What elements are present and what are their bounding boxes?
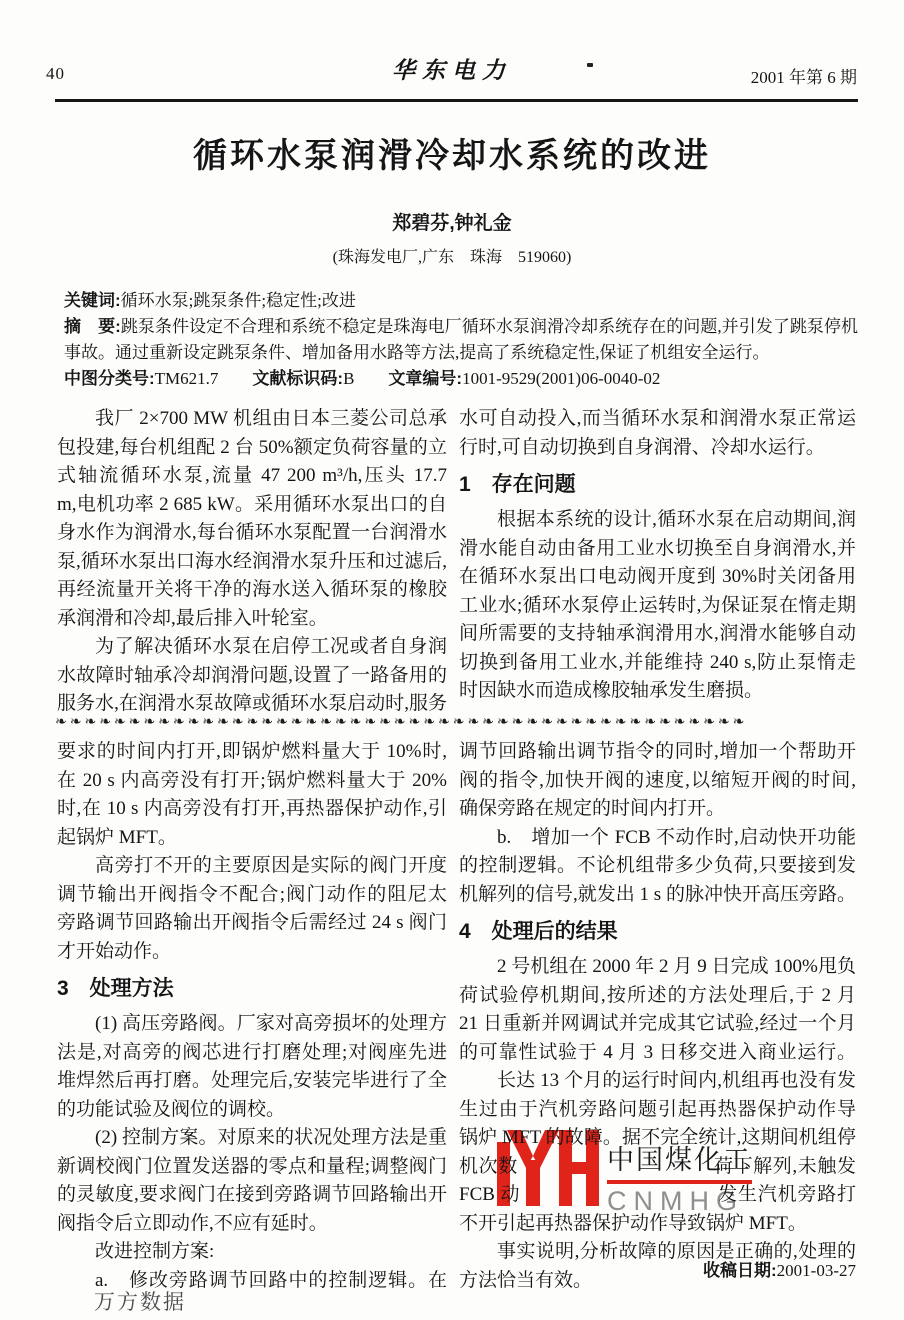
text-line: 调节输出开阀指令不配合;阀门动作的阻尼太大, bbox=[57, 881, 447, 910]
text-line: 间所需要的支持轴承润滑用水,润滑水能够自动 bbox=[459, 620, 856, 649]
article-meta: 关键词:循环水泵;跳泵条件;稳定性;改进 摘 要:跳泵条件设定不合理和系统不稳定… bbox=[64, 288, 858, 392]
text-line: 再经流量开关将干净的海水送入循环泵的橡胶轴 bbox=[57, 576, 447, 605]
text-line: 包投建,每台机组配 2 台 50%额定负荷容量的立 bbox=[57, 434, 447, 463]
text-line: 生过由于汽机旁路问题引起再热器保护动作导致 bbox=[459, 1096, 856, 1125]
text-line: 的功能试验及阀位的调校。 bbox=[57, 1096, 447, 1125]
wanfang-watermark: 万方数据 bbox=[94, 1286, 186, 1316]
text-line: b. 增加一个 FCB 不动作时,启动快开功能 bbox=[459, 824, 856, 853]
text-line: m,电机功率 2 685 kW。采用循环水泵出口的自 bbox=[57, 491, 447, 520]
paragraph: 要求的时间内打开,即锅炉燃料量大于 10%时,在 20 s 内高旁没有打开;锅炉… bbox=[57, 738, 447, 852]
text-line: 泵,循环水泵出口海水经润滑水泵升压和过滤后, bbox=[57, 548, 447, 577]
text-line: 长达 13 个月的运行时间内,机组再也没有发 bbox=[459, 1067, 856, 1096]
text-line: 行时,可自动切换到自身润滑、冷却水运行。 bbox=[459, 434, 856, 463]
meta-label: 中图分类号: bbox=[64, 369, 155, 388]
meta-label: 关键词: bbox=[64, 291, 121, 310]
paragraph: (1) 高压旁路阀。厂家对高旁损坏的处理方法是,对高旁的阀芯进行打磨处理;对阀座… bbox=[57, 1010, 447, 1124]
text-line: 高旁打不开的主要原因是实际的阀门开度与 bbox=[57, 852, 447, 881]
meta-value: 循环水泵;跳泵条件;稳定性;改进 bbox=[121, 291, 356, 310]
text-line: 新调校阀门位置发送器的零点和量程;调整阀门 bbox=[57, 1153, 447, 1182]
paragraph: 高旁打不开的主要原因是实际的阀门开度与调节输出开阀指令不配合;阀门动作的阻尼太大… bbox=[57, 852, 447, 966]
paragraph: 调节回路输出调节指令的同时,增加一个帮助开阀的指令,加快开阀的速度,以缩短开阀的… bbox=[459, 738, 856, 824]
text-line: 身水作为润滑水,每台循环水泵配置一台润滑水 bbox=[57, 519, 447, 548]
keywords-line: 关键词:循环水泵;跳泵条件;稳定性;改进 bbox=[64, 288, 858, 314]
text-line: (1) 高压旁路阀。厂家对高旁损坏的处理方 bbox=[57, 1010, 447, 1039]
section-heading: 4 处理后的结果 bbox=[459, 919, 856, 944]
text-line: 的可靠性试验于 4 月 3 日移交进入商业运行。 bbox=[459, 1039, 856, 1068]
paragraph: 长达 13 个月的运行时间内,机组再也没有发生过由于汽机旁路问题引起再热器保护动… bbox=[459, 1067, 856, 1238]
text-line: 事实说明,分析故障的原因是正确的,处理的 bbox=[459, 1238, 856, 1267]
meta-value: B bbox=[343, 369, 354, 388]
text-line: (2) 控制方案。对原来的状况处理方法是重 bbox=[57, 1124, 447, 1153]
paragraph: 2 号机组在 2000 年 2 月 9 日完成 100%甩负荷试验停机期间,按所… bbox=[459, 953, 856, 1067]
column-top-right: 水可自动投入,而当循环水泵和润滑水泵正常运行时,可自动切换到自身润滑、冷却水运行… bbox=[459, 405, 856, 706]
text-line: 的灵敏度,要求阀门在接到旁路调节回路输出开 bbox=[57, 1181, 447, 1210]
section-heading: 3 处理方法 bbox=[57, 976, 447, 1001]
paragraph: (2) 控制方案。对原来的状况处理方法是重新调校阀门位置发送器的零点和量程;调整… bbox=[57, 1124, 447, 1238]
text-line: 时,在 10 s 内高旁没有打开,再热器保护动作,引 bbox=[57, 795, 447, 824]
paragraph: 为了解决循环水泵在启停工况或者自身润滑水故障时轴承冷却润滑问题,设置了一路备用的… bbox=[57, 633, 447, 719]
text-line: 改进控制方案: bbox=[57, 1238, 447, 1267]
paragraph: 改进控制方案: bbox=[57, 1238, 447, 1267]
text-line: 锅炉 MFT 的故障。据不完全统计,这期间机组停 bbox=[459, 1124, 856, 1153]
text-line: 我厂 2×700 MW 机组由日本三菱公司总承 bbox=[57, 405, 447, 434]
text-line: 为了解决循环水泵在启停工况或者自身润滑 bbox=[57, 633, 447, 662]
article-title: 循环水泵润滑冷却水系统的改进 bbox=[0, 128, 904, 177]
text-line: 21 日重新并网调试并完成其它试验,经过一个月 bbox=[459, 1010, 856, 1039]
article-affiliation: (珠海发电厂,广东 珠海 519060) bbox=[0, 244, 904, 267]
article-authors: 郑碧芬,钟礼金 bbox=[0, 208, 904, 235]
meta-label: 摘 要: bbox=[64, 317, 121, 336]
section-heading: 1 存在问题 bbox=[459, 472, 856, 497]
text-line: 阀指令后立即动作,不应有延时。 bbox=[57, 1210, 447, 1239]
text-line: 旁路调节回路输出开阀指令后需经过 24 s 阀门 bbox=[57, 909, 447, 938]
text-line: 荷试验停机期间,按所述的方法处理后,于 2 月 bbox=[459, 982, 856, 1011]
text-line: 不开引起再热器保护动作导致锅炉 MFT。 bbox=[459, 1210, 856, 1239]
paragraph: 我厂 2×700 MW 机组由日本三菱公司总承包投建,每台机组配 2 台 50%… bbox=[57, 405, 447, 633]
text-line: 在 20 s 内高旁没有打开;锅炉燃料量大于 20% bbox=[57, 767, 447, 796]
text-line: 才开始动作。 bbox=[57, 938, 447, 967]
text-line: 承润滑和冷却,最后排入叶轮室。 bbox=[57, 605, 447, 634]
text-line: 滑水能自动由备用工业水切换至自身润滑水,并 bbox=[459, 535, 856, 564]
text-line: 阀的指令,加快开阀的速度,以缩短开阀的时间, bbox=[459, 767, 856, 796]
meta-label: 文章编号: bbox=[354, 369, 462, 388]
paragraph: 事实说明,分析故障的原因是正确的,处理的方法恰当有效。 bbox=[459, 1238, 856, 1295]
meta-label: 文献标识码: bbox=[218, 369, 343, 388]
text-line: 2 号机组在 2000 年 2 月 9 日完成 100%甩负 bbox=[459, 953, 856, 982]
meta-value: TM621.7 bbox=[155, 369, 219, 388]
text-line: 服务水,在润滑水泵故障或循环水泵启动时,服务 bbox=[57, 690, 447, 719]
text-line: 的控制逻辑。不论机组带多少负荷,只要接到发电 bbox=[459, 852, 856, 881]
text-line: 堆焊然后再打磨。处理完后,安装完毕进行了全部 bbox=[57, 1067, 447, 1096]
meta-value: 事故。通过重新设定跳泵条件、增加备用水路等方法,提高了系统稳定性,保证了机组安全… bbox=[64, 343, 770, 362]
text-line: 确保旁路在规定的时间内打开。 bbox=[459, 795, 856, 824]
text-line: 机次数 荷下解列,未触发 bbox=[459, 1153, 856, 1182]
scan-speck bbox=[587, 63, 593, 67]
header-rule bbox=[55, 99, 858, 102]
meta-value: 1001-9529(2001)06-0040-02 bbox=[462, 369, 660, 388]
text-line: 式轴流循环水泵,流量 47 200 m³/h,压头 17.7 bbox=[57, 462, 447, 491]
classification-line: 中图分类号:TM621.7 文献标识码:B 文章编号:1001-9529(200… bbox=[64, 366, 858, 392]
text-line: 水可自动投入,而当循环水泵和润滑水泵正常运 bbox=[459, 405, 856, 434]
column-bottom-right: 调节回路输出调节指令的同时,增加一个帮助开阀的指令,加快开阀的速度,以缩短开阀的… bbox=[459, 738, 856, 1295]
text-line: 起锅炉 MFT。 bbox=[57, 824, 447, 853]
text-line: 机解列的信号,就发出 1 s 的脉冲快开高压旁路。 bbox=[459, 881, 856, 910]
meta-value: 跳泵条件设定不合理和系统不稳定是珠海电厂循环水泵润滑冷却系统存在的问题,并引发了… bbox=[121, 317, 858, 336]
text-line: 切换到备用工业水,并能维持 240 s,防止泵惰走 bbox=[459, 649, 856, 678]
text-line: 时因缺水而造成橡胶轴承发生磨损。 bbox=[459, 677, 856, 706]
text-line: 要求的时间内打开,即锅炉燃料量大于 10%时, bbox=[57, 738, 447, 767]
paragraph: b. 增加一个 FCB 不动作时,启动快开功能的控制逻辑。不论机组带多少负荷,只… bbox=[459, 824, 856, 910]
column-top-left: 我厂 2×700 MW 机组由日本三菱公司总承包投建,每台机组配 2 台 50%… bbox=[57, 405, 447, 719]
paragraph: 水可自动投入,而当循环水泵和润滑水泵正常运行时,可自动切换到自身润滑、冷却水运行… bbox=[459, 405, 856, 462]
abstract-line-1: 摘 要:跳泵条件设定不合理和系统不稳定是珠海电厂循环水泵润滑冷却系统存在的问题,… bbox=[64, 314, 858, 340]
abstract-line-2: 事故。通过重新设定跳泵条件、增加备用水路等方法,提高了系统稳定性,保证了机组安全… bbox=[64, 340, 858, 366]
text-line: 调节回路输出调节指令的同时,增加一个帮助开 bbox=[459, 738, 856, 767]
paragraph: 根据本系统的设计,循环水泵在启动期间,润滑水能自动由备用工业水切换至自身润滑水,… bbox=[459, 506, 856, 706]
issue-label: 2001 年第 6 期 bbox=[751, 63, 857, 88]
text-line: 工业水;循环水泵停止运转时,为保证泵在惰走期 bbox=[459, 592, 856, 621]
text-line: 法是,对高旁的阀芯进行打磨处理;对阀座先进行 bbox=[57, 1039, 447, 1068]
column-bottom-left: 要求的时间内打开,即锅炉燃料量大于 10%时,在 20 s 内高旁没有打开;锅炉… bbox=[57, 738, 447, 1295]
text-line: 根据本系统的设计,循环水泵在启动期间,润 bbox=[459, 506, 856, 535]
text-line: FCB 动 发生汽机旁路打 bbox=[459, 1181, 856, 1210]
text-line: 方法恰当有效。 bbox=[459, 1267, 856, 1296]
text-line: 水故障时轴承冷却润滑问题,设置了一路备用的 bbox=[57, 662, 447, 691]
journal-page: 40 华东电力 2001 年第 6 期 循环水泵润滑冷却水系统的改进 郑碧芬,钟… bbox=[0, 0, 904, 1320]
text-line: 在循环水泵出口电动阀开度到 30%时关闭备用 bbox=[459, 563, 856, 592]
